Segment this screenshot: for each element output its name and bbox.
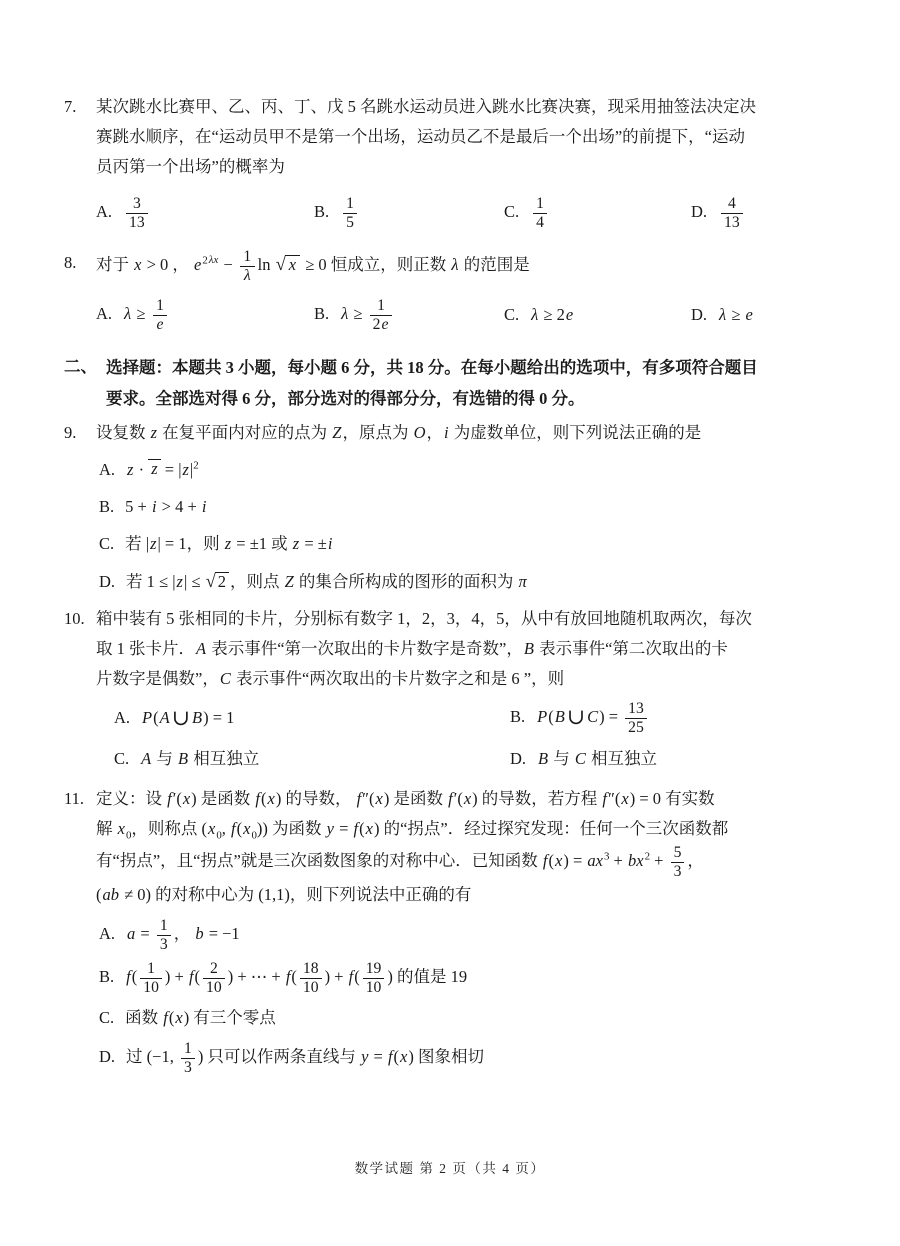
math-variable: i <box>327 534 334 553</box>
option-C: C.λ ≥ 2e <box>504 305 691 325</box>
fraction-denominator: 2e <box>370 315 393 334</box>
math-variable: z <box>150 423 158 442</box>
union-operator: ∪ <box>171 706 191 730</box>
fraction: 1910 <box>363 960 385 996</box>
math-variable: B <box>537 749 549 768</box>
math-variable: z <box>224 534 232 553</box>
text-line: 取 1 张卡片．A 表示事件“第一次取出的卡片数字是奇数”，B 表示事件“第二次… <box>96 634 854 664</box>
text-run: ) 的值是 19 <box>387 967 467 986</box>
text-run: 对于 <box>96 255 133 274</box>
text-run: 13 <box>724 214 740 231</box>
fraction-numerator: 5 <box>671 844 685 862</box>
question-8: 8.对于 x > 0 ， e2λx − 1λln √x ≥ 0 恒成立，则正数 … <box>64 248 854 284</box>
text-run: ″( <box>608 789 620 808</box>
text-run: ( <box>354 967 360 986</box>
text-run: = ±1 或 <box>232 534 292 553</box>
text-run: 4 <box>728 195 736 212</box>
text-run: ( <box>153 708 159 727</box>
option-label: B. <box>314 304 329 323</box>
text-run: ( <box>132 967 138 986</box>
text-line: 员丙第一个出场”的概率为 <box>96 152 854 182</box>
math-variable: A <box>159 708 171 727</box>
fraction-numerator: 2 <box>207 960 221 978</box>
math-variable: e <box>745 305 754 324</box>
math-variable: x <box>288 255 297 274</box>
math-variable: P <box>536 707 548 726</box>
option-label: C. <box>504 202 519 221</box>
math-variable: C <box>574 749 587 768</box>
superscript: 2λx <box>202 254 219 266</box>
option-B: B.P(B∪C) = 1325 <box>495 700 854 736</box>
fraction-denominator: e <box>153 315 168 334</box>
fraction-numerator: 1 <box>153 297 167 315</box>
text-run: ( <box>291 967 297 986</box>
text-run: | = 1，则 <box>158 534 224 553</box>
text-run: ) = 1 <box>203 708 234 727</box>
text-run: 的范围是 <box>460 255 530 274</box>
fraction-numerator: 13 <box>625 700 647 718</box>
text-run: 2 <box>193 460 198 472</box>
math-variable: B <box>177 749 189 768</box>
fraction: 13 <box>157 917 171 953</box>
option-label: C. <box>99 534 114 553</box>
text-run: ≥ <box>132 304 149 323</box>
text-line: 箱中装有 5 张相同的卡片，分别标有数字 1，2，3，4，5，从中有放回地随机取… <box>96 604 854 634</box>
text-run: = | <box>161 460 182 479</box>
text-run: 某次跳水比赛甲、乙、丙、丁、戊 5 名跳水运动员进入跳水比赛决赛，现采用抽签法决… <box>96 97 756 116</box>
text-run: 3 <box>184 1059 192 1076</box>
text-run: ) 图象相切 <box>408 1047 484 1066</box>
math-variable: f <box>188 967 195 986</box>
fraction-numerator: 1 <box>181 1040 195 1058</box>
question-10: 10.箱中装有 5 张相同的卡片，分别标有数字 1，2，3，4，5，从中有放回地… <box>64 604 854 694</box>
fraction-numerator: 1 <box>144 960 158 978</box>
option-label: B. <box>99 967 114 986</box>
text-run: 1 <box>346 195 354 212</box>
text-run: ( <box>548 707 554 726</box>
text-run: 过 (−1, <box>126 1047 178 1066</box>
option-D: D.过 (−1, 13) 只可以作两条直线与 y = f(x) 图象相切 <box>99 1040 854 1076</box>
question-number: 11. <box>64 784 84 814</box>
text-run: 若 | <box>125 534 149 553</box>
math-variable: f <box>162 1008 169 1027</box>
text-run: ， <box>174 924 195 943</box>
math-variable: λ <box>450 255 459 274</box>
text-line: 某次跳水比赛甲、乙、丙、丁、戊 5 名跳水运动员进入跳水比赛决赛，现采用抽签法决… <box>96 92 854 122</box>
fraction: 210 <box>203 960 225 996</box>
fraction-numerator: 19 <box>363 960 385 978</box>
fraction-denominator: 13 <box>721 213 743 232</box>
math-variable: i <box>151 497 158 516</box>
fraction-numerator: 1 <box>240 248 254 266</box>
options-row: A.313B.15C.14D.413 <box>96 190 854 236</box>
math-variable: C <box>219 669 232 688</box>
text-run: 函数 <box>125 1008 162 1027</box>
text-run: ) 只可以作两条直线与 <box>198 1047 360 1066</box>
math-variable: x <box>365 819 374 838</box>
text-run: 1 <box>156 297 164 314</box>
math-variable: λ <box>340 304 349 323</box>
question-number: 二、 <box>64 352 97 382</box>
text-run: 25 <box>628 719 644 736</box>
fraction: 12e <box>370 297 393 333</box>
fraction-denominator: 3 <box>157 935 171 954</box>
fraction-denominator: λ <box>240 266 255 285</box>
text-run: 在复平面内对应的点为 <box>158 423 331 442</box>
options-list: A.a = 13， b = −1B.f(110) + f(210) + ⋯ + … <box>99 917 854 1076</box>
math-variable: B <box>191 708 203 727</box>
option-C: C.14 <box>504 195 691 231</box>
math-variable: x <box>117 819 126 838</box>
text-run: ) 有三个零点 <box>184 1008 276 1027</box>
math-variable: e <box>380 316 389 333</box>
fraction-denominator: 10 <box>300 978 322 997</box>
math-variable: P <box>141 708 153 727</box>
option-label: B. <box>510 707 525 726</box>
text-run: ) + <box>165 967 188 986</box>
text-run: > 0 ， <box>142 255 193 274</box>
option-label: A. <box>114 708 130 727</box>
text-line: 对于 x > 0 ， e2λx − 1λln √x ≥ 0 恒成立，则正数 λ … <box>96 248 854 284</box>
text-run: 设复数 <box>96 423 150 442</box>
exam-page: { "meta": { "footer": "数学试题 第 2 页（共 4 页）… <box>0 0 900 1246</box>
math-variable: f <box>542 851 549 870</box>
options-row: A.λ ≥ 1eB.λ ≥ 12eC.λ ≥ 2eD.λ ≥ e <box>96 292 854 338</box>
math-variable: x <box>267 789 276 808</box>
fraction: 1e <box>153 297 168 333</box>
fraction-denominator: 10 <box>363 978 385 997</box>
text-run: 3 <box>133 195 141 212</box>
math-variable: ab <box>102 885 121 904</box>
math-variable: x <box>207 819 216 838</box>
math-variable: f <box>166 789 173 808</box>
text-run: 表示事件“两次取出的卡片数字之和是 6 ”，则 <box>232 669 564 688</box>
option-A: A.z · z = |z|2 <box>99 455 854 485</box>
fraction-numerator: 4 <box>725 195 739 213</box>
text-run: 相互独立 <box>189 749 259 768</box>
math-variable: x <box>174 1008 183 1027</box>
fraction-denominator: 10 <box>203 978 225 997</box>
math-variable: a <box>126 924 136 943</box>
text-run: 2 <box>218 572 226 591</box>
text-line: 片数字是偶数”，C 表示事件“两次取出的卡片数字之和是 6 ”，则 <box>96 664 854 694</box>
math-variable: i <box>443 423 450 442</box>
math-variable: i <box>201 497 208 516</box>
fraction-denominator: 4 <box>533 213 547 232</box>
sqrt-expression: √2 <box>206 566 229 597</box>
text-run: ) 的导数，若方程 <box>472 789 601 808</box>
text-run: 片数字是偶数”， <box>96 669 219 688</box>
text-run: = <box>136 924 154 943</box>
text-run: ) 是函数 <box>384 789 447 808</box>
math-variable: e <box>565 305 574 324</box>
option-A: A.a = 13， b = −1 <box>99 917 854 953</box>
math-variable: Z <box>284 572 295 591</box>
text-run: ) 是函数 <box>191 789 254 808</box>
fraction-denominator: 10 <box>140 978 162 997</box>
math-variable: f <box>601 789 608 808</box>
option-label: D. <box>691 202 707 221</box>
text-run: ( <box>359 819 365 838</box>
fraction-denominator: 25 <box>625 718 647 737</box>
math-variable: x <box>375 789 384 808</box>
text-run: ， <box>687 851 704 870</box>
text-run: 要求。全部选对得 6 分，部分选对的得部分分，有选错的得 0 分。 <box>106 389 585 408</box>
options-grid: A.P(A∪B) = 1B.P(B∪C) = 1325C.A 与 B 相互独立D… <box>99 700 854 774</box>
text-run: 10 <box>303 979 319 996</box>
math-variable: z <box>182 460 190 479</box>
option-A: A.λ ≥ 1e <box>96 297 314 333</box>
superscript: 2 <box>193 460 198 472</box>
union-operator: ∪ <box>566 705 586 729</box>
text-run: 5 + <box>125 497 151 516</box>
text-run: 5 <box>674 844 682 861</box>
text-line: 设复数 z 在复平面内对应的点为 Z，原点为 O，i 为虚数单位，则下列说法正确… <box>96 418 854 448</box>
text-run: ( <box>261 789 267 808</box>
option-D: D.若 1 ≤ |z| ≤ √2，则点 Z 的集合所构成的图形的面积为 π <box>99 566 854 597</box>
math-variable: λ <box>718 305 727 324</box>
text-run: ，则点 <box>230 572 284 591</box>
question-11: 11.定义：设 f′(x) 是函数 f(x) 的导数， f″(x) 是函数 f′… <box>64 784 854 910</box>
text-run: 3 <box>160 936 168 953</box>
option-label: D. <box>99 572 115 591</box>
text-run: 表示事件“第二次取出的卡 <box>535 639 728 658</box>
option-C: C.A 与 B 相互独立 <box>99 744 495 774</box>
text-run: 1 <box>536 195 544 212</box>
math-variable: e <box>156 316 165 333</box>
fraction: 1810 <box>300 960 322 996</box>
text-run: 表示事件“第一次取出的卡片数字是奇数”， <box>207 639 523 658</box>
question-number: 9. <box>64 418 76 448</box>
option-C: C.若 |z| = 1，则 z = ±1 或 z = ±i <box>99 529 854 559</box>
fraction: 13 <box>181 1040 195 1076</box>
option-B: B.f(110) + f(210) + ⋯ + f(1810) + f(1910… <box>99 960 854 996</box>
text-line: 赛跳水顺序，在“运动员甲不是第一个出场，运动员乙不是最后一个出场”的前提下，“运… <box>96 122 854 152</box>
text-run: 的集合所构成的图形的面积为 <box>295 572 518 591</box>
document-body: 7.某次跳水比赛甲、乙、丙、丁、戊 5 名跳水运动员进入跳水比赛决赛，现采用抽签… <box>64 90 854 1084</box>
section-header: 二、选择题：本题共 3 小题，每小题 6 分，共 18 分。在每小题给出的选项中… <box>64 352 854 414</box>
text-run: 赛跳水顺序，在“运动员甲不是第一个出场，运动员乙不是最后一个出场”的前提下，“运… <box>96 127 745 146</box>
math-variable: C <box>586 707 599 726</box>
fraction: 14 <box>533 195 547 231</box>
option-label: D. <box>691 305 707 324</box>
fraction-denominator: 13 <box>126 213 148 232</box>
math-variable: λ <box>123 304 132 323</box>
text-run: 18 <box>303 960 319 977</box>
math-variable: f <box>254 789 261 808</box>
text-run: 2 <box>202 254 207 266</box>
text-run: > 4 + <box>158 497 201 516</box>
text-run: 1 <box>160 917 168 934</box>
text-run: ) = 0 有实数 <box>630 789 715 808</box>
math-variable: x <box>554 851 563 870</box>
text-run: ln <box>258 255 275 274</box>
text-run: ) + ⋯ + <box>228 967 285 986</box>
text-run: 19 <box>366 960 382 977</box>
math-variable: e <box>193 255 202 274</box>
text-run: ) + <box>325 967 348 986</box>
text-run: = ± <box>300 534 327 553</box>
option-A: A.313 <box>96 195 314 231</box>
text-run: = <box>369 1047 387 1066</box>
text-run: ≥ 2 <box>539 305 565 324</box>
text-run: ) 的“拐点”．经过探究发现：任何一个三次函数都 <box>374 819 728 838</box>
text-run: 有“拐点”，且“拐点”就是三次函数图象的对称中心．已知函数 <box>96 851 542 870</box>
math-variable: z <box>149 534 157 553</box>
text-run: 3 <box>674 863 682 880</box>
fraction-numerator: 3 <box>130 195 144 213</box>
fraction-numerator: 1 <box>533 195 547 213</box>
math-variable: ax <box>586 851 604 870</box>
math-variable: f <box>230 819 237 838</box>
text-run: 1 <box>243 248 251 265</box>
math-variable: x <box>399 1047 408 1066</box>
option-A: A.P(A∪B) = 1 <box>99 703 495 733</box>
sqrt-expression: √x <box>276 249 300 280</box>
math-variable: λ <box>243 267 252 284</box>
math-variable: λx <box>208 254 220 266</box>
math-variable: B <box>523 639 535 658</box>
radicand: x <box>285 255 300 275</box>
text-run: )) 为函数 <box>257 819 326 838</box>
text-run: 若 1 ≤ | <box>126 572 175 591</box>
text-line: 解 x0，则称点 (x0, f(x0)) 为函数 y = f(x) 的“拐点”．… <box>96 814 854 844</box>
text-run: 1 <box>377 297 385 314</box>
option-label: B. <box>99 497 114 516</box>
text-run: 10 <box>366 979 382 996</box>
fraction: 1λ <box>240 248 255 284</box>
fraction-numerator: 1 <box>157 917 171 935</box>
option-label: D. <box>510 749 526 768</box>
text-run: ≠ 0) 的对称中心为 (1,1)，则下列说法中正确的有 <box>120 885 471 904</box>
text-run: 与 <box>152 749 177 768</box>
option-B: B.λ ≥ 12e <box>314 297 504 333</box>
math-variable: A <box>140 749 152 768</box>
math-variable: x <box>463 789 472 808</box>
math-variable: A <box>195 639 207 658</box>
text-run: 员丙第一个出场”的概率为 <box>96 157 285 176</box>
option-B: B.15 <box>314 195 504 231</box>
text-run: ， <box>427 423 444 442</box>
option-C: C.函数 f(x) 有三个零点 <box>99 1003 854 1033</box>
text-run: = −1 <box>205 924 240 943</box>
option-label: C. <box>114 749 129 768</box>
math-variable: z <box>150 459 158 478</box>
math-variable: bx <box>627 851 645 870</box>
text-run: ) = <box>599 707 622 726</box>
fraction: 1325 <box>625 700 647 736</box>
math-variable: B <box>554 707 566 726</box>
text-run: ≥ 0 恒成立，则正数 <box>301 255 450 274</box>
text-run: 箱中装有 5 张相同的卡片，分别标有数字 1，2，3，4，5，从中有放回地随机取… <box>96 609 752 628</box>
text-run: ，则称点 ( <box>131 819 207 838</box>
fraction-denominator: 3 <box>181 1058 195 1077</box>
math-variable: f <box>387 1047 394 1066</box>
math-variable: z <box>292 534 300 553</box>
text-run: ) 的导数， <box>276 789 356 808</box>
text-run: 5 <box>346 214 354 231</box>
text-run: 定义：设 <box>96 789 166 808</box>
math-variable: x <box>620 789 629 808</box>
text-run: 10 <box>206 979 222 996</box>
text-line: 要求。全部选对得 6 分，部分选对的得部分分，有选错的得 0 分。 <box>106 383 854 414</box>
page-footer: 数学试题 第 2 页（共 4 页） <box>0 1157 900 1177</box>
text-line: (ab ≠ 0) 的对称中心为 (1,1)，则下列说法中正确的有 <box>96 880 854 910</box>
option-B: B.5 + i > 4 + i <box>99 492 854 522</box>
math-variable: π <box>518 572 528 591</box>
text-run: 10 <box>143 979 159 996</box>
option-D: D.λ ≥ e <box>691 305 754 325</box>
text-run: 取 1 张卡片． <box>96 639 195 658</box>
text-run: 与 <box>549 749 574 768</box>
text-run: ′( <box>454 789 463 808</box>
text-run: 为虚数单位，则下列说法正确的是 <box>450 423 702 442</box>
option-label: A. <box>96 304 112 323</box>
question-number: 8. <box>64 248 76 278</box>
text-run: ，原点为 <box>342 423 412 442</box>
fraction: 15 <box>343 195 357 231</box>
text-run: ( <box>96 885 102 904</box>
math-variable: λ <box>530 305 539 324</box>
text-run: 1 <box>184 1040 192 1057</box>
text-run: 解 <box>96 819 117 838</box>
fraction-denominator: 3 <box>671 862 685 881</box>
text-line: 选择题：本题共 3 小题，每小题 6 分，共 18 分。在每小题给出的选项中，有… <box>106 352 854 383</box>
text-line: 有“拐点”，且“拐点”就是三次函数图象的对称中心．已知函数 f(x) = ax3… <box>96 844 854 880</box>
text-run: = <box>335 819 353 838</box>
question-number: 10. <box>64 604 85 634</box>
math-variable: Z <box>331 423 342 442</box>
conjugate-overline: z <box>148 459 160 477</box>
question-7: 7.某次跳水比赛甲、乙、丙、丁、戊 5 名跳水运动员进入跳水比赛决赛，现采用抽签… <box>64 92 854 182</box>
text-run: − <box>219 255 237 274</box>
fraction-numerator: 18 <box>300 960 322 978</box>
text-run: 4 <box>536 214 544 231</box>
option-label: A. <box>96 202 112 221</box>
math-variable: f <box>125 967 132 986</box>
fraction-denominator: 5 <box>343 213 357 232</box>
text-run: ) = <box>563 851 586 870</box>
text-run: ≥ <box>727 305 744 324</box>
option-label: A. <box>99 924 115 943</box>
text-run: | ≤ <box>184 572 205 591</box>
text-run: 2 <box>210 960 218 977</box>
text-run: 13 <box>628 700 644 717</box>
footer-text: 数学试题 第 2 页（共 4 页） <box>355 1161 546 1176</box>
math-variable: f <box>447 789 454 808</box>
option-label: D. <box>99 1047 115 1066</box>
question-9: 9.设复数 z 在复平面内对应的点为 Z，原点为 O，i 为虚数单位，则下列说法… <box>64 418 854 448</box>
text-run: + <box>609 851 627 870</box>
fraction: 313 <box>126 195 148 231</box>
fraction-numerator: 1 <box>343 195 357 213</box>
math-variable: b <box>194 924 204 943</box>
fraction: 413 <box>721 195 743 231</box>
text-run: + <box>650 851 668 870</box>
text-line: 定义：设 f′(x) 是函数 f(x) 的导数， f″(x) 是函数 f′(x)… <box>96 784 854 814</box>
text-run: 1 <box>147 960 155 977</box>
math-variable: y <box>360 1047 369 1066</box>
radicand: 2 <box>215 572 229 592</box>
text-run: , <box>222 819 230 838</box>
fraction: 53 <box>671 844 685 880</box>
text-run: 相互独立 <box>587 749 657 768</box>
text-run: ″( <box>362 789 374 808</box>
math-variable: z <box>176 572 184 591</box>
text-run: 选择题：本题共 3 小题，每小题 6 分，共 18 分。在每小题给出的选项中，有… <box>106 358 758 377</box>
option-D: D.413 <box>691 195 746 231</box>
text-run: ′( <box>173 789 182 808</box>
